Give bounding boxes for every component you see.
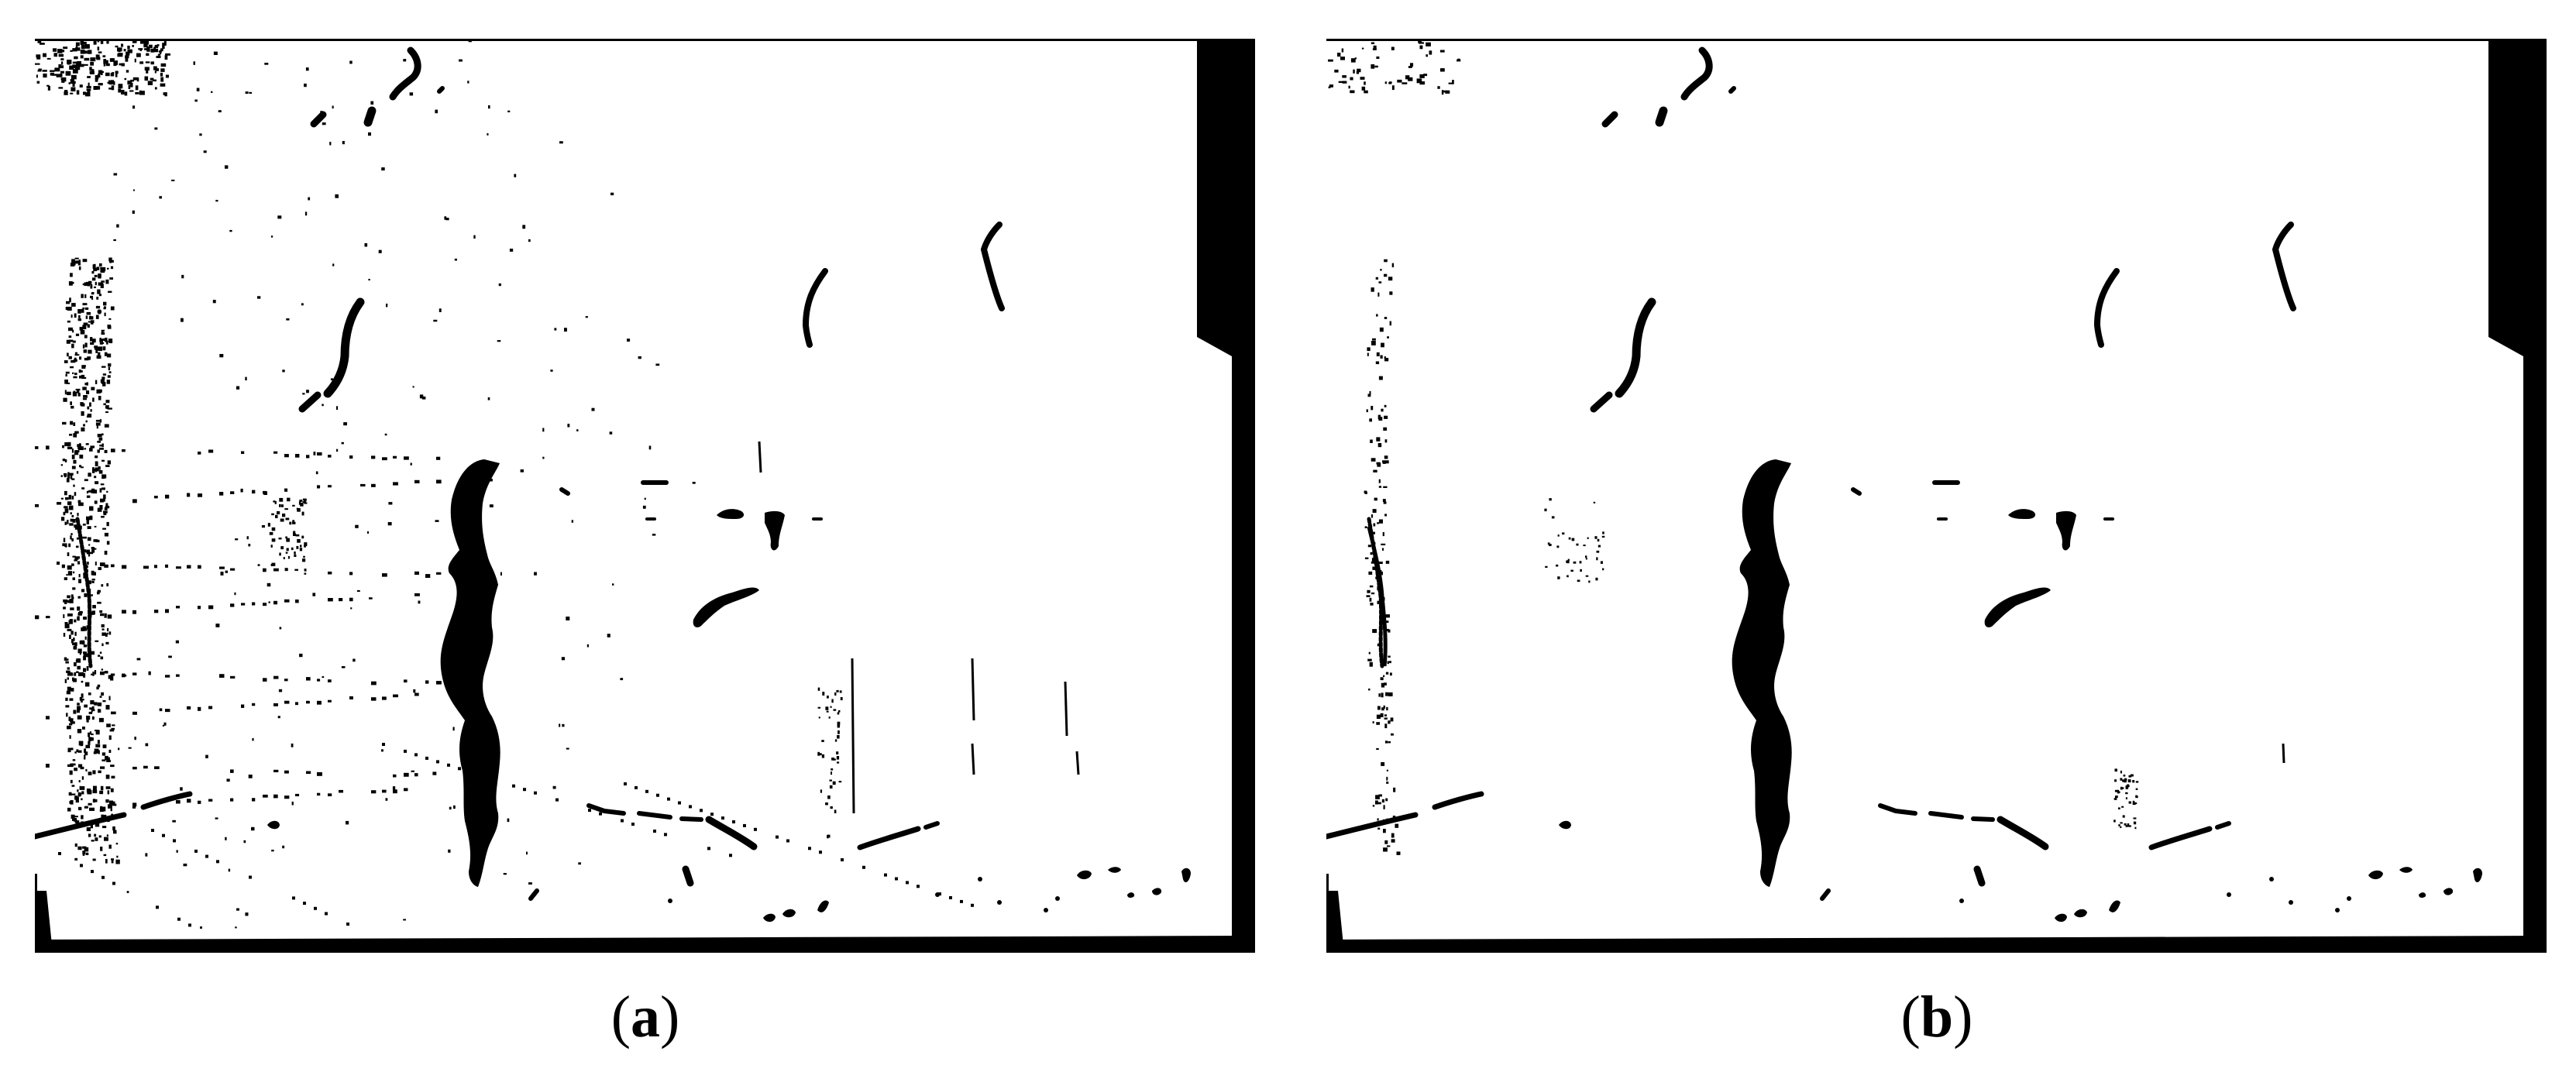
crack-image-a — [35, 39, 1255, 953]
caption-open-paren: ( — [1901, 985, 1921, 1050]
figure-panel-a — [35, 39, 1255, 953]
caption-letter: b — [1921, 985, 1953, 1050]
crack-image-b — [1326, 39, 2547, 953]
caption-open-paren: ( — [611, 985, 631, 1050]
caption-letter: a — [631, 985, 660, 1050]
figure-panel-b — [1326, 39, 2547, 953]
caption-close-paren: ) — [660, 985, 679, 1050]
caption-a: (a) — [568, 982, 723, 1052]
caption-b: (b) — [1859, 982, 2014, 1052]
caption-close-paren: ) — [1953, 985, 1972, 1050]
